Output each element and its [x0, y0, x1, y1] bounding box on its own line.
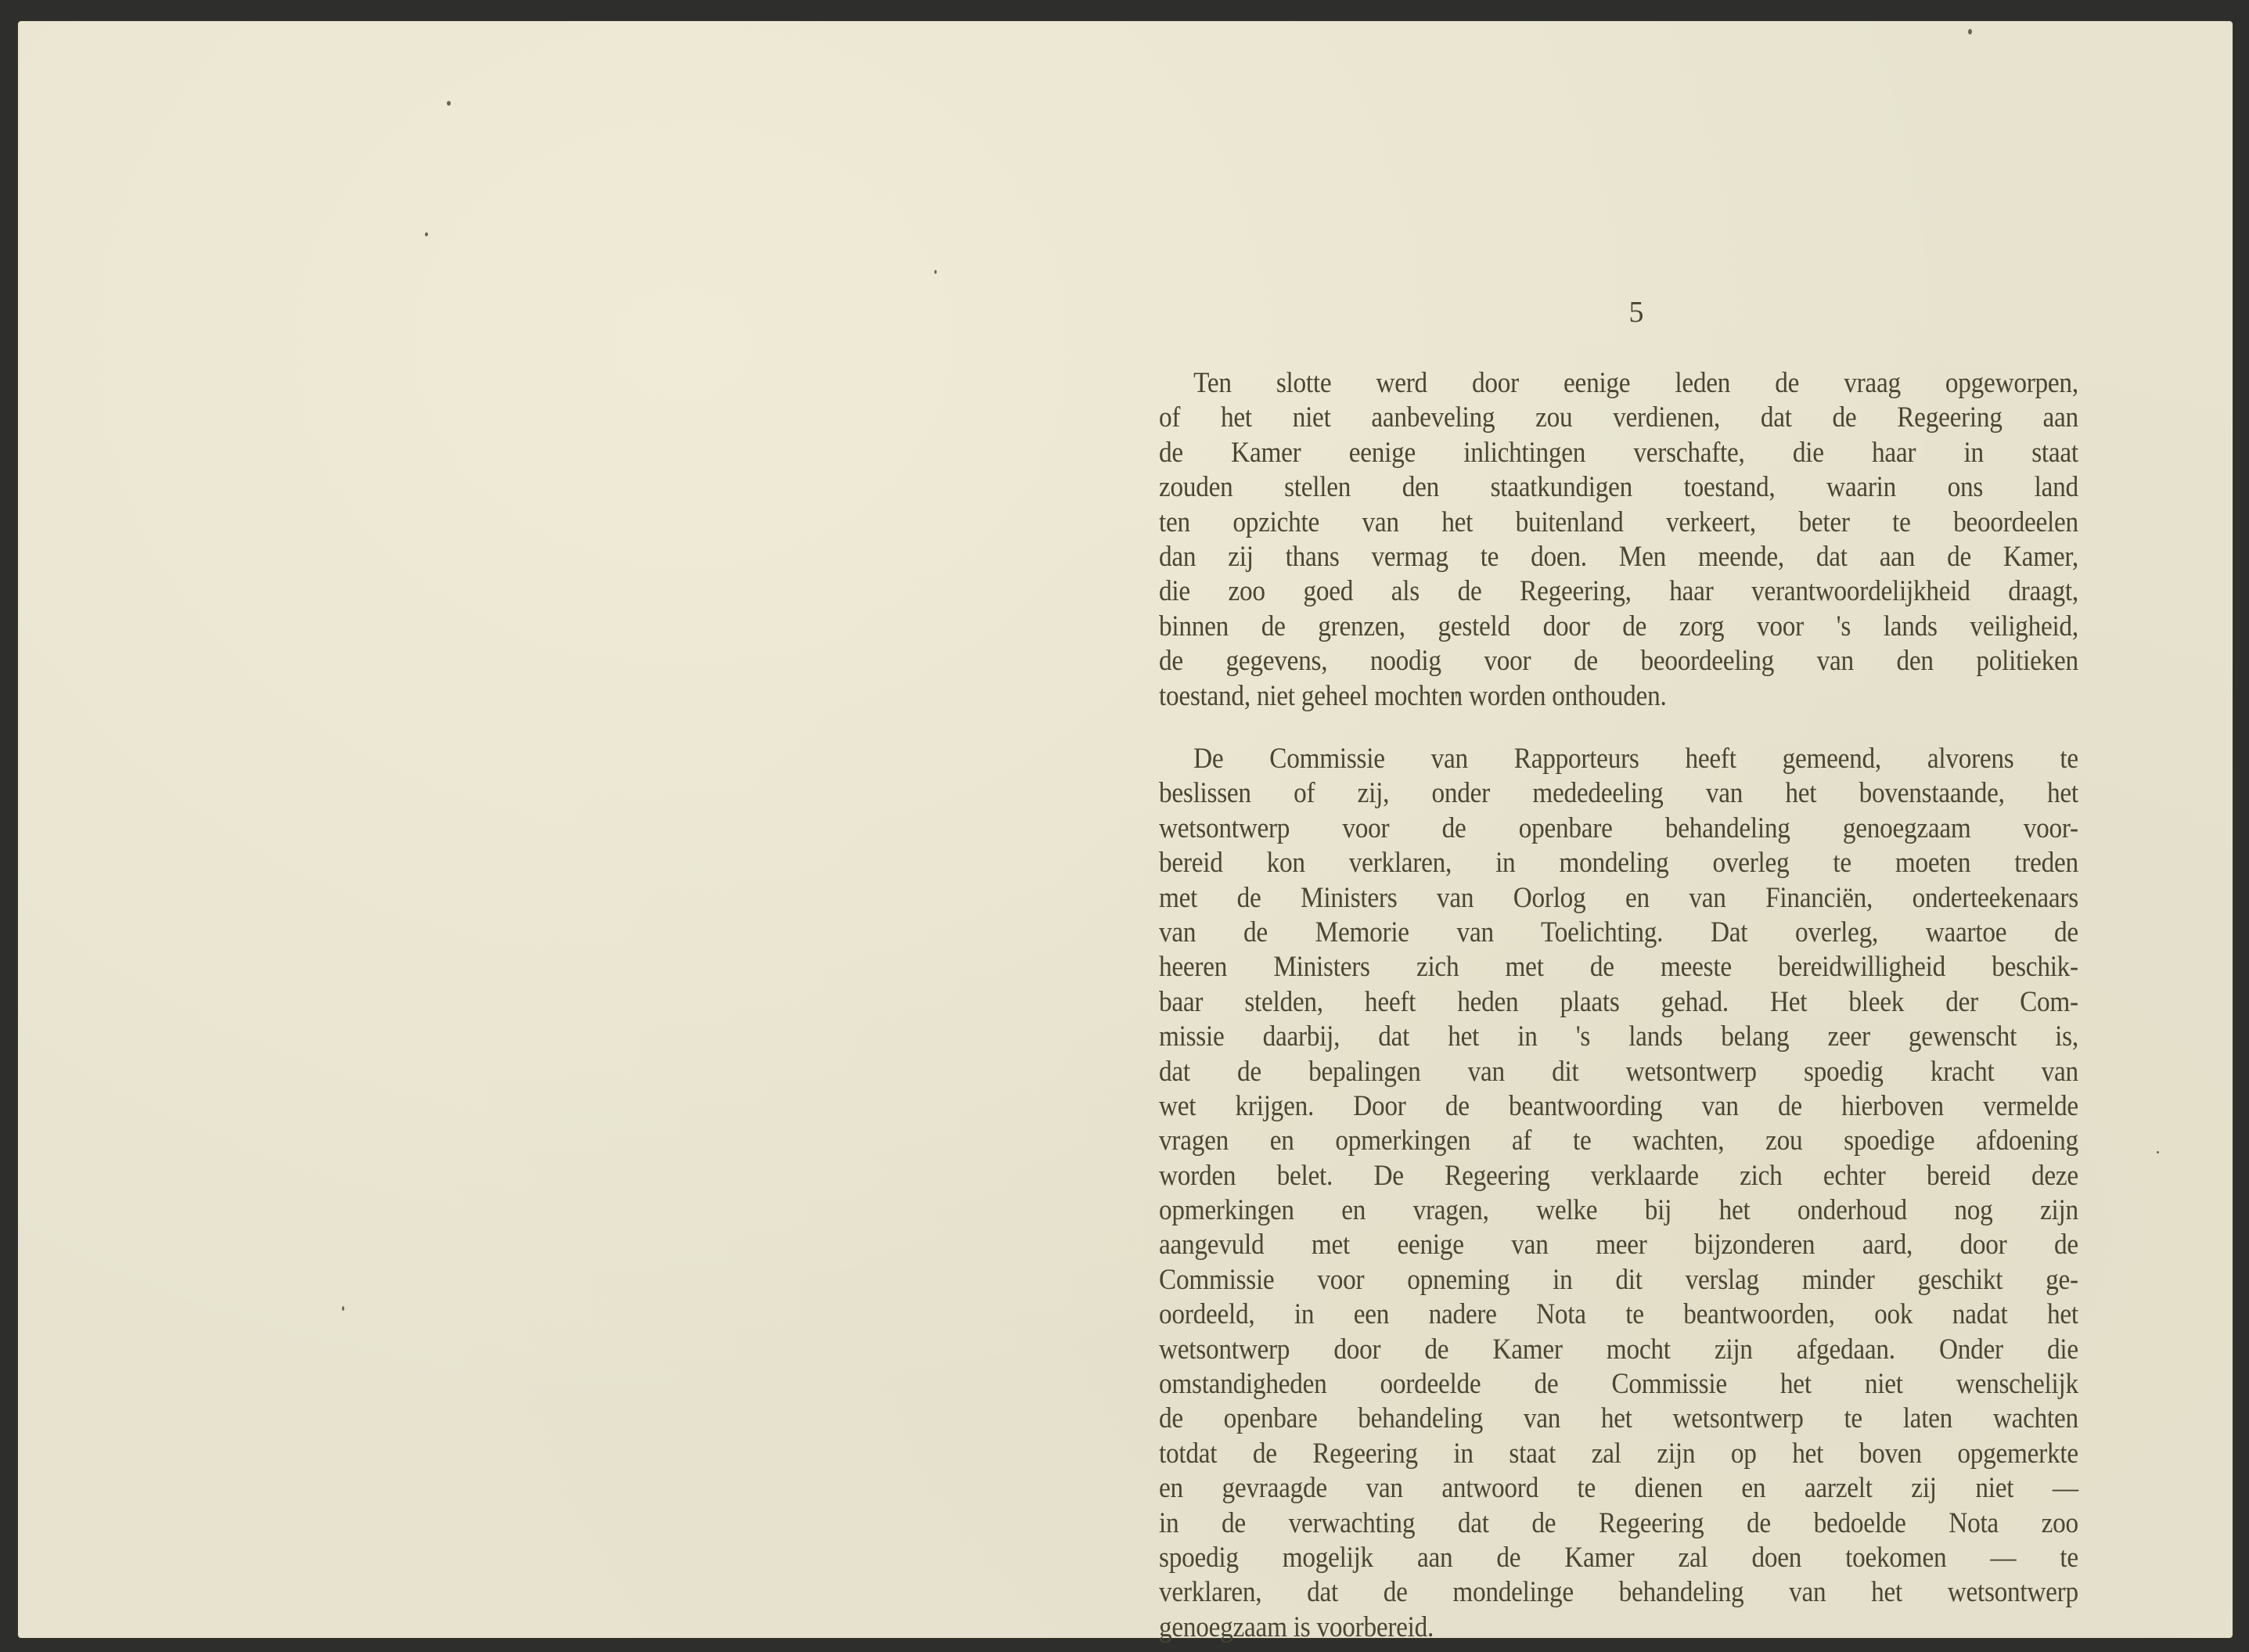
text-line: de openbare behandeling van het wetsontw… — [1159, 1402, 2078, 1436]
paper-speck — [934, 270, 937, 274]
text-line: oordeeld, in een nadere Nota te beantwoo… — [1159, 1297, 2078, 1332]
text-line: met de Ministers van Oorlog en van Finan… — [1159, 881, 2078, 916]
text-line: en gevraagde van antwoord te dienen en a… — [1159, 1471, 2078, 1506]
text-line: De Commissie van Rapporteurs heeft gemee… — [1159, 742, 2078, 776]
text-line: spoedig mogelijk aan de Kamer zal doen t… — [1159, 1541, 2078, 1575]
text-line: in de verwachting dat de Regeering de be… — [1159, 1506, 2078, 1541]
text-line: toestand, niet geheel mochten worden ont… — [1159, 679, 2078, 714]
text-line: totdat de Regeering in staat zal zijn op… — [1159, 1437, 2078, 1471]
text-line: omstandigheden oordeelde de Commissie he… — [1159, 1367, 2078, 1402]
text-line: beslissen of zij, onder mededeeling van … — [1159, 776, 2078, 811]
paper-speck — [425, 232, 428, 236]
text-line: de Kamer eenige inlichtingen verschafte,… — [1159, 436, 2078, 470]
text-line: die zoo goed als de Regeering, haar vera… — [1159, 574, 2078, 609]
text-line: wetsontwerp door de Kamer mocht zijn afg… — [1159, 1333, 2078, 1367]
paragraph-1: Ten slotte werd door eenige leden de vra… — [1159, 366, 2078, 714]
page-number: 5 — [1618, 295, 1654, 329]
text-line: van de Memorie van Toelichting. Dat over… — [1159, 916, 2078, 950]
text-line: ten opzichte van het buitenland verkeert… — [1159, 506, 2078, 540]
text-line: baar stelden, heeft heden plaats gehad. … — [1159, 985, 2078, 1020]
text-line: wetsontwerp voor de openbare behandeling… — [1159, 812, 2078, 846]
text-line: zouden stellen den staatkundigen toestan… — [1159, 470, 2078, 505]
text-line: de gegevens, noodig voor de beoordeeling… — [1159, 644, 2078, 678]
text-line: genoegzaam is voorbereid. — [1159, 1611, 2078, 1645]
text-line: bereid kon verklaren, in mondeling overl… — [1159, 846, 2078, 880]
paragraph-2: De Commissie van Rapporteurs heeft gemee… — [1159, 742, 2078, 1645]
paper-speck — [1968, 29, 1972, 34]
text-line: wet krijgen. Door de beantwoording van d… — [1159, 1089, 2078, 1124]
text-line: heeren Ministers zich met de meeste bere… — [1159, 950, 2078, 984]
paper-speck — [342, 1306, 344, 1311]
text-line: missie daarbij, dat het in 's lands bela… — [1159, 1020, 2078, 1054]
text-line: verklaren, dat de mondelinge behandeling… — [1159, 1575, 2078, 1610]
text-line: dat de bepalingen van dit wetsontwerp sp… — [1159, 1055, 2078, 1089]
text-line: aangevuld met eenige van meer bijzondere… — [1159, 1228, 2078, 1262]
text-line: binnen de grenzen, gesteld door de zorg … — [1159, 610, 2078, 644]
text-line: Commissie voor opneming in dit verslag m… — [1159, 1263, 2078, 1297]
paper-speck — [447, 101, 451, 106]
text-line: Ten slotte werd door eenige leden de vra… — [1159, 366, 2078, 401]
text-line: dan zij thans vermag te doen. Men meende… — [1159, 540, 2078, 574]
text-line: of het niet aanbeveling zou verdienen, d… — [1159, 401, 2078, 435]
scanned-document: 5 Ten slotte werd door eenige leden de v… — [0, 0, 2249, 1652]
text-line: worden belet. De Regeering verklaarde zi… — [1159, 1159, 2078, 1193]
paper-speck — [2157, 1151, 2159, 1154]
text-line: vragen en opmerkingen af te wachten, zou… — [1159, 1124, 2078, 1158]
text-line: opmerkingen en vragen, welke bij het ond… — [1159, 1193, 2078, 1228]
